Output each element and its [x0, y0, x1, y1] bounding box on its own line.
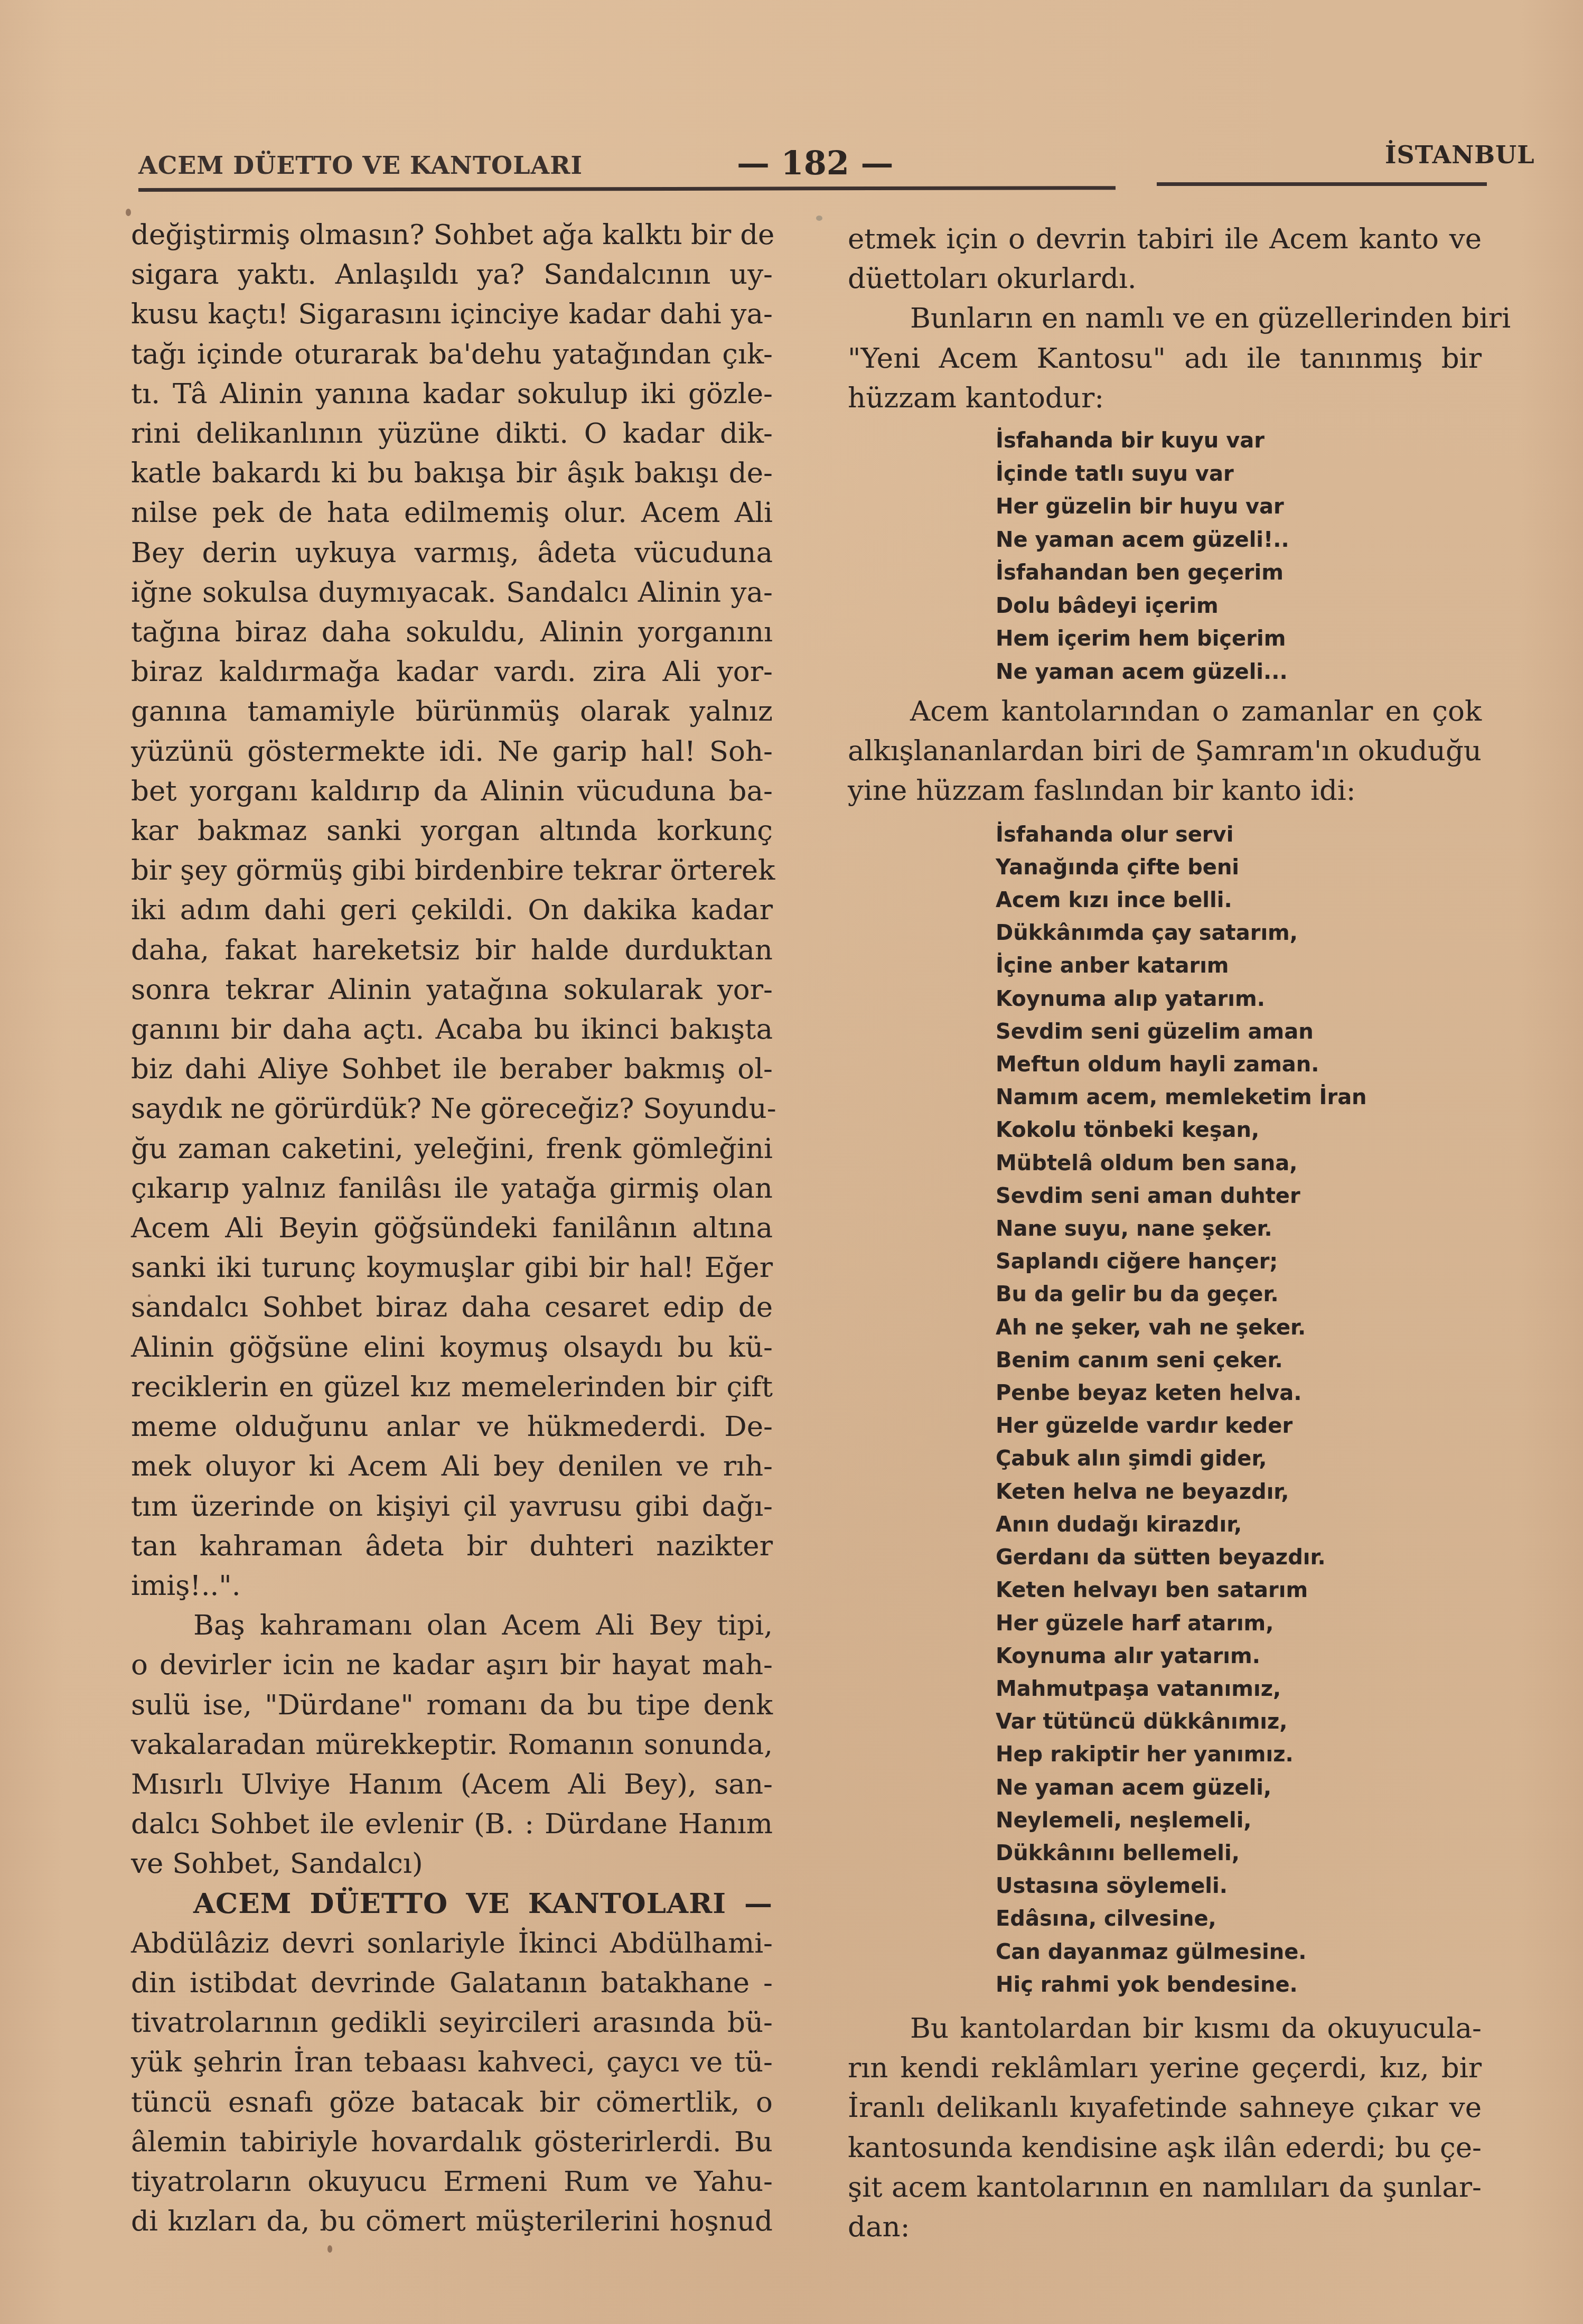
verse-line: Her güzele harf atarım, — [996, 1607, 1482, 1640]
text-line: "Yeni Acem Kantosu" adı ile tanınmış bir — [848, 339, 1482, 378]
paper-speck — [816, 216, 822, 221]
text-line: sanki iki turunç koymuşlar gibi bir hal!… — [131, 1248, 773, 1287]
right-column: etmek için o devrin tabiri ile Acem kant… — [848, 219, 1482, 2247]
verse-line: Can dayanmaz gülmesine. — [996, 1936, 1482, 1968]
text-line: bet yorganı kaldırıp da Alinin vücuduna … — [131, 771, 773, 811]
verse-line: İçinde tatlı suyu var — [996, 458, 1482, 491]
text-line: kantosunda kendisine aşk ilân ederdi; bu… — [848, 2128, 1482, 2168]
text-line: biz dahi Aliye Sohbet ile beraber bakmış… — [131, 1049, 773, 1089]
text-line: sonra tekrar Alinin yatağına sokularak y… — [131, 970, 773, 1010]
verse-line: Edâsına, cilvesine, — [996, 1902, 1482, 1935]
text-line: Alinin göğsüne elini koymuş olsaydı bu k… — [131, 1328, 773, 1367]
verse-line: Dolu bâdeyi içerim — [996, 590, 1482, 623]
text-line: ganına tamamiyle bürünmüş olarak yalnız — [131, 692, 773, 731]
text-line: ganını bir daha açtı. Acaba bu ikinci ba… — [131, 1010, 773, 1049]
text-line: tım üzerinde on kişiyi çil yavrusu gibi … — [131, 1487, 773, 1526]
verse-line: Neylemeli, neşlemeli, — [996, 1804, 1482, 1837]
left-column: değiştirmiş olmasın? Sohbet ağa kalktı b… — [131, 215, 773, 2241]
header-rule-right — [1157, 182, 1487, 186]
text-line: vakalaradan mürekkeptir. Romanın sonunda… — [131, 1725, 773, 1765]
text-line: imiş!..". — [131, 1566, 773, 1606]
text-line: yük şehrin İran tebaası kahveci, çaycı v… — [131, 2042, 773, 2082]
text-line: tı. Tâ Alinin yanına kadar sokulup iki g… — [131, 374, 773, 414]
text-line: iğne sokulsa duymıyacak. Sandalcı Alinin… — [131, 573, 773, 612]
text-line: şit acem kantolarının en namlıları da şu… — [848, 2168, 1482, 2207]
verse-line: Keten helva ne beyazdır, — [996, 1476, 1482, 1508]
poem-samram-kantosu: İsfahanda olur servi Yanağında çifte ben… — [996, 818, 1482, 2001]
verse-line: Yanağında çifte beni — [996, 851, 1482, 884]
text-line: çıkarıp yalnız fanilâsı ile yatağa girmi… — [131, 1169, 773, 1208]
text-line: kar bakmaz sanki yorgan altında korkunç — [131, 811, 773, 851]
verse-line: Hep rakiptir her yanımız. — [996, 1738, 1482, 1771]
verse-line: Dükkânını bellemeli, — [996, 1837, 1482, 1870]
text-line: İranlı delikanlı kıyafetinde sahneye çık… — [848, 2088, 1482, 2127]
text-line: di kızları da, bu cömert müşterilerini h… — [131, 2201, 773, 2241]
verse-line: Sevdim seni aman duhter — [996, 1180, 1482, 1212]
verse-line: Her güzelde vardır keder — [996, 1410, 1482, 1442]
text-line: âlemin tabiriyle hovardalık gösterirlerd… — [131, 2122, 773, 2162]
verse-line: İsfahanda olur servi — [996, 818, 1482, 851]
text-line: Bu kantolardan bir kısmı da okuyucula- — [848, 2009, 1482, 2048]
verse-line: Benim canım seni çeker. — [996, 1344, 1482, 1377]
right-paragraph-3: Acem kantolarından o zamanlar en çok alk… — [848, 692, 1482, 811]
verse-line: Sevdim seni güzelim aman — [996, 1015, 1482, 1048]
verse-line: Hiç rahmi yok bendesine. — [996, 1968, 1482, 2001]
text-line: o devirler icin ne kadar aşırı bir hayat… — [131, 1645, 773, 1685]
text-line: hüzzam kantodur: — [848, 378, 1482, 418]
verse-line: Anın dudağı kirazdır, — [996, 1508, 1482, 1541]
text-line: katle bakardı ki bu bakışa bir âşık bakı… — [131, 453, 773, 493]
text-line: daha, fakat hareketsiz bir halde durdukt… — [131, 930, 773, 970]
text-line: Bey derin uykuya varmış, âdeta vücuduna — [131, 533, 773, 573]
paper-speck — [327, 2245, 332, 2253]
verse-line: Ne yaman acem güzeli... — [996, 656, 1482, 689]
text-line: dalcı Sohbet ile evlenir (B. : Dürdane H… — [131, 1804, 773, 1844]
text-line: Bunların en namlı ve en güzellerinden bi… — [848, 298, 1482, 338]
text-line: tağı içinde oturarak ba'dehu yatağından … — [131, 334, 773, 374]
text-line: mek oluyor ki Acem Ali bey denilen ve rı… — [131, 1446, 773, 1486]
right-paragraph-2: Bunların en namlı ve en güzellerinden bi… — [848, 298, 1482, 418]
verse-line: Koynuma alır yatarım. — [996, 1640, 1482, 1673]
text-line: yüzünü göstermekte idi. Ne garip hal! So… — [131, 732, 773, 771]
text-line: Mısırlı Ulviye Hanım (Acem Ali Bey), san… — [131, 1765, 773, 1804]
text-line: tan kahraman âdeta bir duhteri nazikter — [131, 1526, 773, 1566]
poem-yeni-acem-kantosu: İsfahanda bir kuyu var İçinde tatlı suyu… — [996, 424, 1482, 688]
verse-line: Mübtelâ oldum ben sana, — [996, 1147, 1482, 1180]
text-line: nilse pek de hata edilmemiş olur. Acem A… — [131, 493, 773, 533]
text-line: iki adım dahi geri çekildi. On dakika ka… — [131, 890, 773, 930]
text-line: reciklerin en güzel kız memelerinden bir… — [131, 1367, 773, 1407]
verse-line: Ne yaman acem güzeli, — [996, 1771, 1482, 1804]
text-line: din istibdat devrinde Galatanın batakhan… — [131, 1963, 773, 2003]
right-intro: etmek için o devrin tabiri ile Acem kant… — [848, 219, 1482, 298]
text-line: Baş kahramanı olan Acem Ali Bey tipi, — [131, 1606, 773, 1645]
verse-line: Ah ne şeker, vah ne şeker. — [996, 1311, 1482, 1344]
text-line: dan: — [848, 2207, 1482, 2247]
text-line: saydık ne görürdük? Ne göreceğiz? Soyund… — [131, 1089, 773, 1128]
verse-line: Gerdanı da sütten beyazdır. — [996, 1541, 1482, 1574]
left-paragraph-2: Baş kahramanı olan Acem Ali Bey tipi, o … — [131, 1606, 773, 1883]
running-head-right: İSTANBUL — [1385, 141, 1535, 169]
verse-line: Namım acem, memleketim İran — [996, 1081, 1482, 1114]
text-line: ve Sohbet, Sandalcı) — [131, 1844, 773, 1883]
text-line: yine hüzzam faslından bir kanto idi: — [848, 771, 1482, 810]
text-line: rın kendi reklâmları yerine geçerdi, kız… — [848, 2048, 1482, 2088]
text-line: kusu kaçtı! Sigarasını içinciye kadar da… — [131, 294, 773, 334]
text-line: Acem Ali Beyin göğsündeki fanilânın altı… — [131, 1208, 773, 1248]
verse-line: İsfahanda bir kuyu var — [996, 424, 1482, 458]
running-head-left: ACEM DÜETTO VE KANTOLARI — [138, 151, 583, 180]
verse-line: Kokolu tönbeki keşan, — [996, 1114, 1482, 1146]
text-line: biraz kaldırmağa kadar vardı. zira Ali y… — [131, 652, 773, 692]
verse-line: Saplandı ciğere hançer; — [996, 1245, 1482, 1278]
verse-line: Dükkânımda çay satarım, — [996, 917, 1482, 949]
text-line: sigara yaktı. Anlaşıldı ya? Sandalcının … — [131, 255, 773, 294]
verse-line: Bu da gelir bu da geçer. — [996, 1278, 1482, 1311]
text-line: alkışlananlardan biri de Şamram'ın okudu… — [848, 731, 1482, 771]
text-line: Abdülâziz devri sonlariyle İkinci Abdülh… — [131, 1924, 773, 1963]
verse-line: Var tütüncü dükkânımız, — [996, 1705, 1482, 1738]
verse-line: Çabuk alın şimdi gider, — [996, 1442, 1482, 1475]
text-line: tüncü esnafı göze batacak bir cömertlik,… — [131, 2083, 773, 2122]
verse-line: Meftun oldum hayli zaman. — [996, 1048, 1482, 1081]
verse-line: İsfahandan ben geçerim — [996, 556, 1482, 590]
left-section: ACEM DÜETTO VE KANTOLARI — Abdülâziz dev… — [131, 1884, 773, 2242]
text-line: düettoları okurlardı. — [848, 259, 1482, 298]
section-heading: ACEM DÜETTO VE KANTOLARI — — [131, 1884, 773, 1924]
verse-line: Acem kızı ince belli. — [996, 884, 1482, 917]
paper-speck — [148, 1294, 151, 1297]
text-line: etmek için o devrin tabiri ile Acem kant… — [848, 219, 1482, 259]
paper-speck — [126, 209, 131, 216]
text-line: bir şey görmüş gibi birdenbire tekrar ör… — [131, 851, 773, 890]
verse-line: Ne yaman acem güzeli!.. — [996, 524, 1482, 557]
verse-line: Keten helvayı ben satarım — [996, 1574, 1482, 1607]
verse-line: İçine anber katarım — [996, 949, 1482, 982]
text-line: rini delikanlının yüzüne dikti. O kadar … — [131, 414, 773, 453]
verse-line: Penbe beyaz keten helva. — [996, 1377, 1482, 1410]
verse-line: Koynuma alıp yatarım. — [996, 983, 1482, 1015]
text-line: Acem kantolarından o zamanlar en çok — [848, 692, 1482, 731]
page-number: — 182 — — [737, 144, 894, 182]
text-line: ğu zaman caketini, yeleğini, frenk gömle… — [131, 1129, 773, 1169]
right-paragraph-4: Bu kantolardan bir kısmı da okuyucula- r… — [848, 2009, 1482, 2247]
left-paragraph-1: değiştirmiş olmasın? Sohbet ağa kalktı b… — [131, 215, 773, 1606]
text-line: tiyatroların okuyucu Ermeni Rum ve Yahu- — [131, 2162, 773, 2201]
verse-line: Nane suyu, nane şeker. — [996, 1212, 1482, 1245]
text-line: tivatrolarının gedikli seyircileri arası… — [131, 2003, 773, 2042]
text-line: değiştirmiş olmasın? Sohbet ağa kalktı b… — [131, 215, 773, 255]
text-line: tağına biraz daha sokuldu, Alinin yorgan… — [131, 612, 773, 652]
verse-line: Mahmutpaşa vatanımız, — [996, 1673, 1482, 1705]
text-line: meme olduğunu anlar ve hükmederdi. De- — [131, 1407, 773, 1446]
verse-line: Hem içerim hem biçerim — [996, 622, 1482, 656]
text-line: sandalcı Sohbet biraz daha cesaret edip … — [131, 1287, 773, 1327]
verse-line: Her güzelin bir huyu var — [996, 490, 1482, 524]
verse-line: Ustasına söylemeli. — [996, 1870, 1482, 1902]
text-line: sulü ise, "Dürdane" romanı da bu tipe de… — [131, 1685, 773, 1725]
